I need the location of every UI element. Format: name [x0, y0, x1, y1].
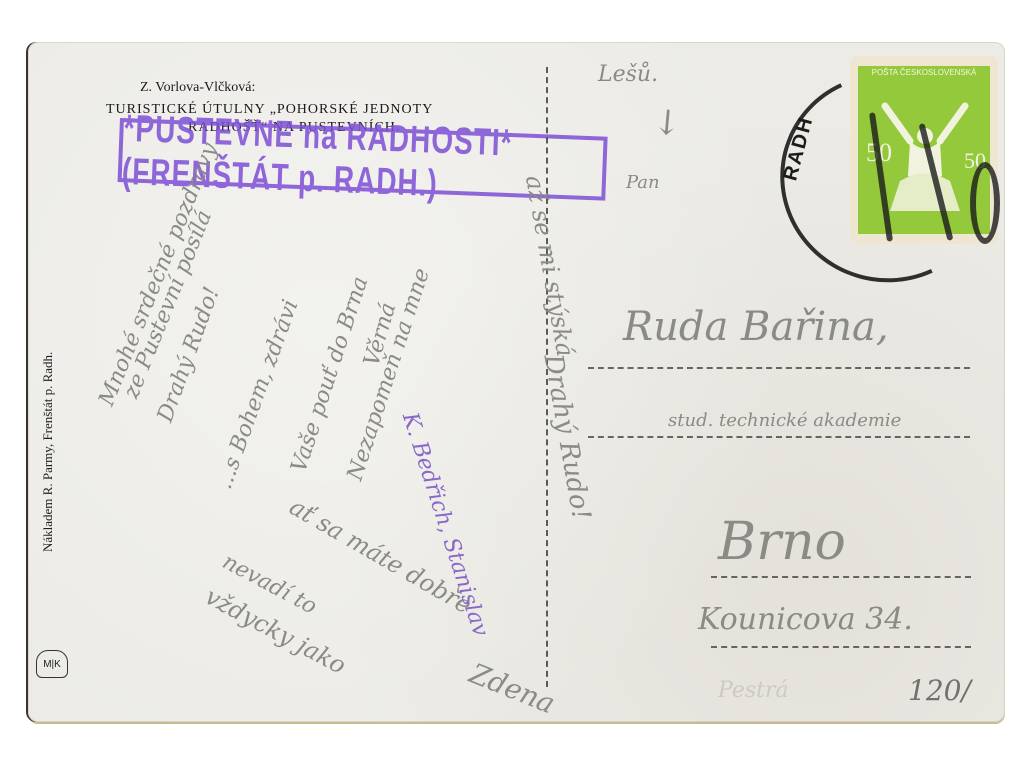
stamp-country: POŠTA ČESKOSLOVENSKÁ	[858, 68, 990, 77]
publisher-vertical-text: Nákladem R. Parmy, Frenštát p. Radh.	[40, 212, 56, 552]
address-line-1	[588, 367, 970, 369]
salutation: Pan	[626, 172, 660, 193]
arrow-mark: ↙	[643, 98, 691, 147]
address-line-3	[711, 576, 971, 578]
price-mark: 120/	[908, 674, 971, 707]
recipient-name: Ruda Bařina,	[623, 304, 889, 350]
cancel-mark	[970, 162, 1000, 244]
chainbreaker-figure-icon	[880, 96, 970, 216]
faint-note: Pestrá	[718, 678, 789, 703]
recipient-city: Brno	[718, 512, 846, 572]
publisher-logo: M|K	[36, 650, 68, 678]
recipient-line-2: stud. technické akademie	[668, 410, 901, 431]
annotation-top: Lešů.	[598, 62, 658, 87]
publisher-header: Z. Vorlova-Vlčková:	[140, 80, 255, 96]
postcard-back: Z. Vorlova-Vlčková: TURISTICKÉ ÚTULNY „P…	[28, 42, 1005, 722]
recipient-street: Kounicova 34.	[698, 602, 913, 637]
address-line-2	[588, 436, 970, 438]
address-line-4	[711, 646, 971, 648]
